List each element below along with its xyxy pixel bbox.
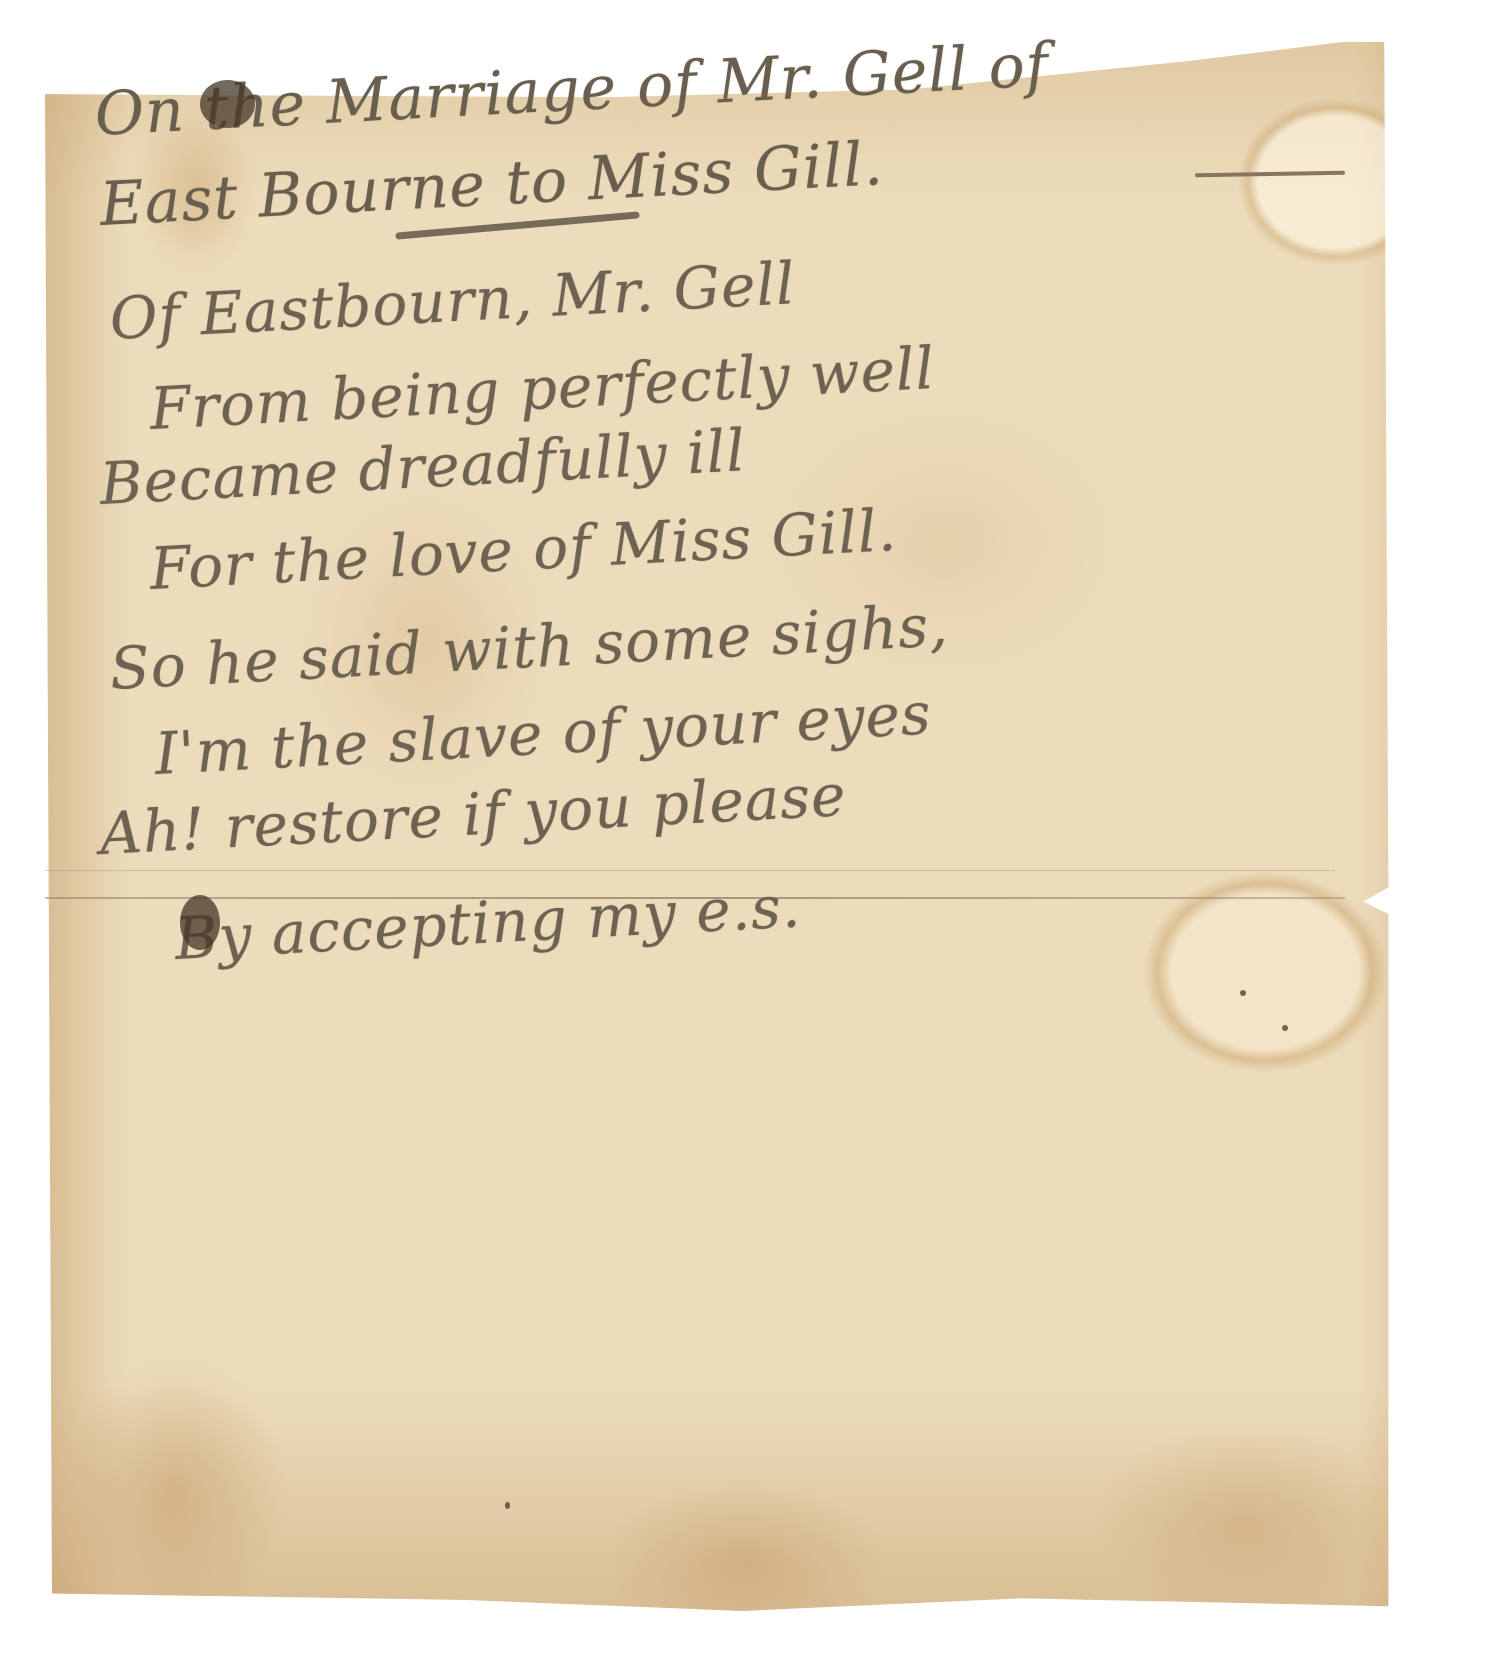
ink-blot xyxy=(200,80,255,128)
stanza-1-line-1: Of Eastbourn, Mr. Gell xyxy=(108,249,797,353)
title-dash xyxy=(1195,171,1345,178)
ink-blot xyxy=(180,895,220,950)
speck xyxy=(1240,990,1246,996)
speck xyxy=(505,1502,510,1509)
stanza-2-line-4: By accepting my e.s. xyxy=(173,872,802,973)
verse-text: On the Marriage of Mr. Gell of East Bour… xyxy=(0,0,1488,1663)
speck xyxy=(1282,1025,1288,1031)
stanza-1-line-4: For the love of Miss Gill. xyxy=(148,496,898,603)
